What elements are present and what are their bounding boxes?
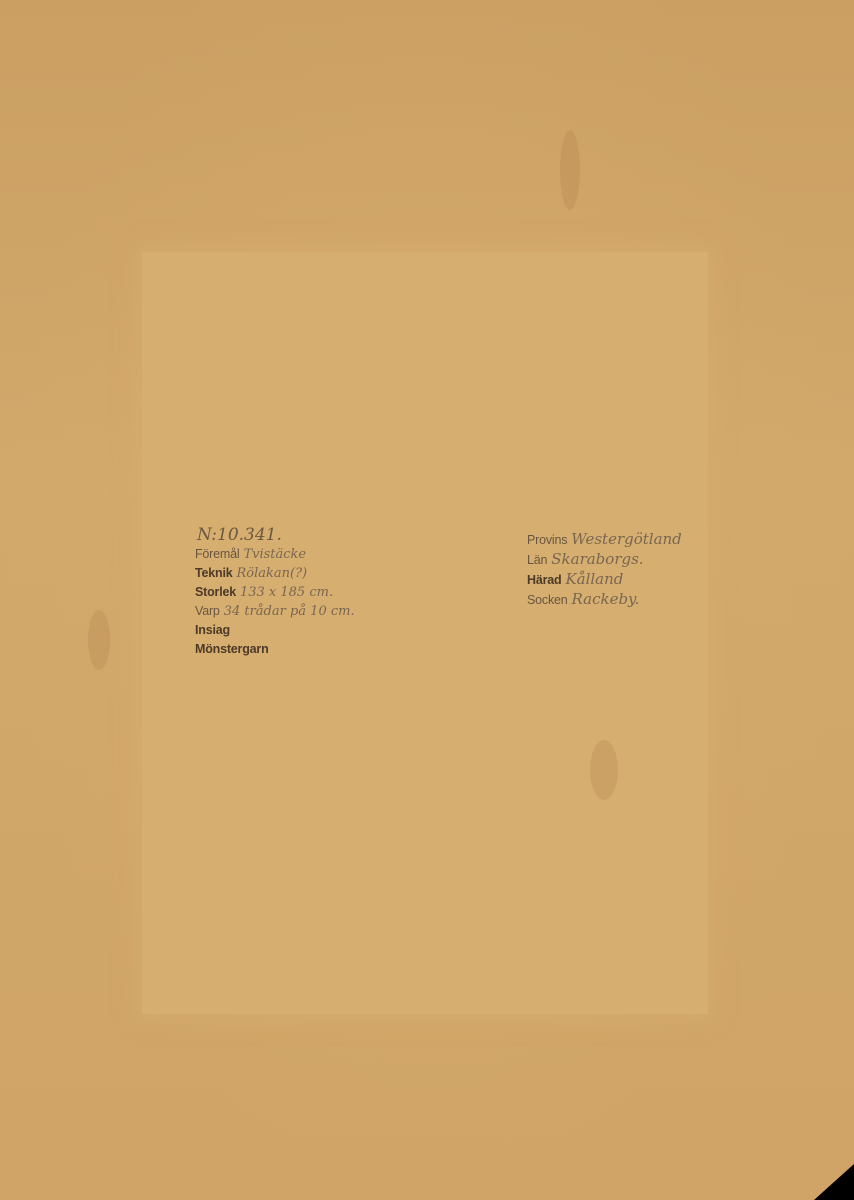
field-value: Kålland: [565, 570, 623, 588]
field-varp: Varp 34 trådar på 10 cm.: [195, 604, 355, 623]
field-label: Varp: [195, 604, 220, 618]
field-socken: Socken Rackeby.: [527, 590, 682, 610]
record-card: N:10.341. Föremål Tvistäcke Teknik Rölak…: [0, 0, 854, 1200]
field-value: 34 trådar på 10 cm.: [224, 604, 355, 619]
field-provins: Provins Westergötland: [527, 530, 682, 550]
catalog-number: N:10.341.: [197, 525, 355, 545]
field-lan: Län Skaraborgs.: [527, 550, 682, 570]
field-teknik: Teknik Rölakan(?): [195, 566, 355, 585]
stain-mark: [88, 610, 110, 670]
field-value: Skaraborgs.: [551, 550, 643, 568]
field-label: Härad: [527, 573, 561, 587]
field-label: Insiag: [195, 623, 230, 637]
field-label: Storlek: [195, 585, 236, 599]
field-foremal: Föremål Tvistäcke: [195, 547, 355, 566]
field-label: Län: [527, 553, 547, 567]
field-value: Westergötland: [571, 530, 682, 548]
field-harad: Härad Kålland: [527, 570, 682, 590]
torn-corner: [814, 1164, 854, 1200]
field-value: Rölakan(?): [236, 566, 307, 581]
location-fields: Provins Westergötland Län Skaraborgs. Hä…: [527, 530, 682, 610]
field-insiag: Insiag: [195, 623, 355, 642]
field-label: Föremål: [195, 547, 239, 561]
stain-mark: [590, 740, 618, 800]
stain-mark: [560, 130, 580, 210]
field-storlek: Storlek 133 x 185 cm.: [195, 585, 355, 604]
field-value: 133 x 185 cm.: [240, 585, 333, 600]
field-label: Mönstergarn: [195, 642, 269, 656]
field-value: Tvistäcke: [243, 547, 306, 562]
object-fields: N:10.341. Föremål Tvistäcke Teknik Rölak…: [195, 525, 355, 661]
field-label: Socken: [527, 593, 568, 607]
field-value: Rackeby.: [572, 590, 640, 608]
field-label: Teknik: [195, 566, 232, 580]
field-monstergarn: Mönstergarn: [195, 642, 355, 661]
field-label: Provins: [527, 533, 567, 547]
